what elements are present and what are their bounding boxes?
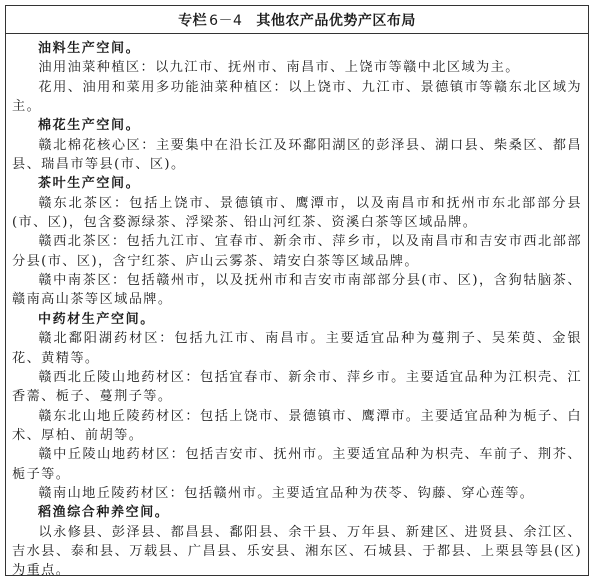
paragraph: 赣西北茶区：包括九江市、宜春市、新余市、萍乡市，以及南昌市和吉安市西北部部分县(… — [12, 232, 582, 271]
section-heading-herbs: 中药材生产空间。 — [12, 310, 582, 329]
paragraph: 赣东北山地丘陵药材区：包括上饶市、景德镇市、鹰潭市。主要适宜品种为栀子、白术、厚… — [12, 407, 582, 446]
paragraph: 赣西北丘陵山地药材区：包括宜春市、新余市、萍乡市。主要适宜品种为江枳壳、江香薷、… — [12, 368, 582, 407]
paragraph: 以永修县、彭泽县、都昌县、鄱阳县、余干县、万年县、新建区、进贤县、余江区、吉水县… — [12, 523, 582, 581]
paragraph: 赣南山地丘陵药材区：包括赣州市。主要适宜品种为茯苓、钩藤、穿心莲等。 — [12, 484, 582, 503]
paragraph: 赣中丘陵山地药材区：包括吉安市、抚州市。主要适宜品种为枳壳、车前子、荆芥、栀子等… — [12, 445, 582, 484]
box-title-prefix: 专栏 — [178, 10, 207, 30]
paragraph: 赣北鄱阳湖药材区：包括九江市、南昌市。主要适宜品种为蔓荆子、吴茱萸、金银花、黄精… — [12, 329, 582, 368]
box-header: 专栏 6－4 其他农产品优势产区布局 — [6, 6, 588, 34]
paragraph: 花用、油用和菜用多功能油菜种植区：以上饶市、九江市、景德镇市等赣东北区域为主。 — [12, 78, 582, 117]
paragraph: 赣东北茶区：包括上饶市、景德镇市、鹰潭市，以及南昌市和抚州市东北部部分县(市、区… — [12, 194, 582, 233]
box-title: 其他农产品优势产区布局 — [256, 10, 416, 30]
section-heading-rice-fish: 稻渔综合种养空间。 — [12, 503, 582, 522]
box-title-number: 6－4 — [209, 10, 242, 30]
paragraph: 赣中南茶区：包括赣州市，以及抚州市和吉安市南部部分县(市、区)，含狗牯脑茶、赣南… — [12, 271, 582, 310]
paragraph: 油用油菜种植区：以九江市、抚州市、南昌市、上饶市等赣中北区域为主。 — [12, 58, 582, 77]
section-heading-oil: 油料生产空间。 — [12, 39, 582, 58]
box-content: 油料生产空间。 油用油菜种植区：以九江市、抚州市、南昌市、上饶市等赣中北区域为主… — [6, 34, 588, 581]
section-heading-cotton: 棉花生产空间。 — [12, 116, 582, 135]
feature-box: 专栏 6－4 其他农产品优势产区布局 油料生产空间。 油用油菜种植区：以九江市、… — [5, 5, 589, 576]
section-heading-tea: 茶叶生产空间。 — [12, 174, 582, 193]
paragraph: 赣北棉花核心区：主要集中在沿长江及环鄱阳湖区的彭泽县、湖口县、柴桑区、都昌县、瑞… — [12, 136, 582, 175]
